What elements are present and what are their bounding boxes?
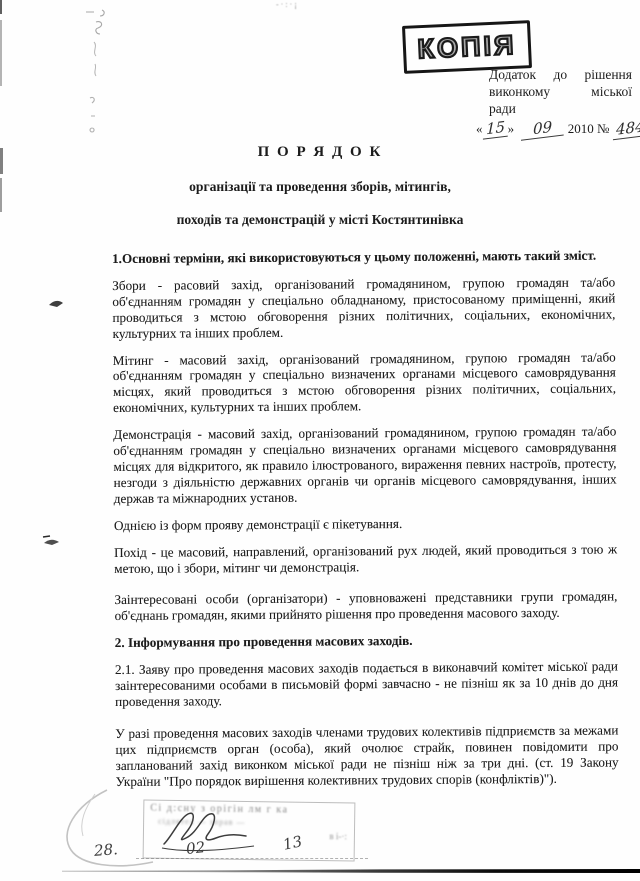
- section-2-heading: 2. Інформування про проведення масових з…: [115, 632, 618, 651]
- document-body: 1.Основні терміни, які використовуються …: [112, 247, 619, 800]
- document-subtitle-line2: походів та демонстрацій у місті Костянти…: [0, 212, 640, 228]
- paragraph-mityng: Мітинг - масовий захід, організований гр…: [113, 349, 616, 416]
- paragraph-zbory: Збори - расовий захід, організований гро…: [112, 274, 615, 341]
- pencil-scribble-topleft: [78, 8, 112, 138]
- document-title: П О Р Я Д О К: [0, 144, 640, 161]
- paragraph-trudovi-kolektyvy: У разі проведення масових заходів членам…: [115, 722, 618, 789]
- paragraph-pokhid: Похід - це масовий, направлений, організ…: [114, 541, 617, 576]
- handwritten-month: 09: [521, 116, 564, 140]
- scan-edge-artifact: [0, 20, 2, 86]
- appendix-note-line: ради: [489, 100, 632, 117]
- margin-mark: [42, 534, 62, 546]
- paragraph-zainteresovani: Заінтересовані особи (організатори) - уп…: [114, 589, 617, 624]
- copy-stamp-label: КОПІЯ: [417, 29, 517, 64]
- certification-stamp-text: в і-·:: [329, 831, 347, 841]
- margin-mark: [48, 299, 66, 309]
- scan-smudge: -·:·¡: [276, 0, 299, 9]
- close-quote: »: [508, 121, 515, 136]
- printed-year: 2010 №: [568, 121, 610, 136]
- open-quote: «: [476, 121, 483, 136]
- signature: [158, 806, 288, 856]
- paragraph-piketuvannya: Однією із форм прояву демонстрації є пік…: [114, 514, 617, 533]
- handwritten-date-day: 28.: [93, 840, 118, 860]
- appendix-note-line: виконкому міської: [489, 83, 632, 100]
- section-1-heading: 1.Основні терміни, які використовуються …: [112, 247, 615, 266]
- date-line: «15» 09 2010 № 484: [476, 119, 640, 138]
- appendix-note: Додаток до рішення виконкому міської рад…: [489, 66, 632, 117]
- document-subtitle-line1: організації та проведення зборів, мітинг…: [0, 179, 640, 195]
- handwritten-day: 15: [482, 117, 507, 139]
- handwritten-number: 484: [613, 117, 640, 140]
- paragraph-demonstratsiya: Демонстрація - масовий захід, організова…: [113, 424, 617, 507]
- paragraph-2-1: 2.1. Заяву про проведення масових заході…: [115, 659, 618, 710]
- handwritten-date-month: 02: [185, 838, 206, 858]
- stamp-dashed-underline: [136, 858, 368, 859]
- scanned-document-page: -·:·¡ КОПІЯ Додаток до рішення виконкому…: [0, 0, 640, 881]
- scan-edge-artifact: [0, 0, 2, 14]
- appendix-note-line: Додаток до рішення: [489, 66, 632, 83]
